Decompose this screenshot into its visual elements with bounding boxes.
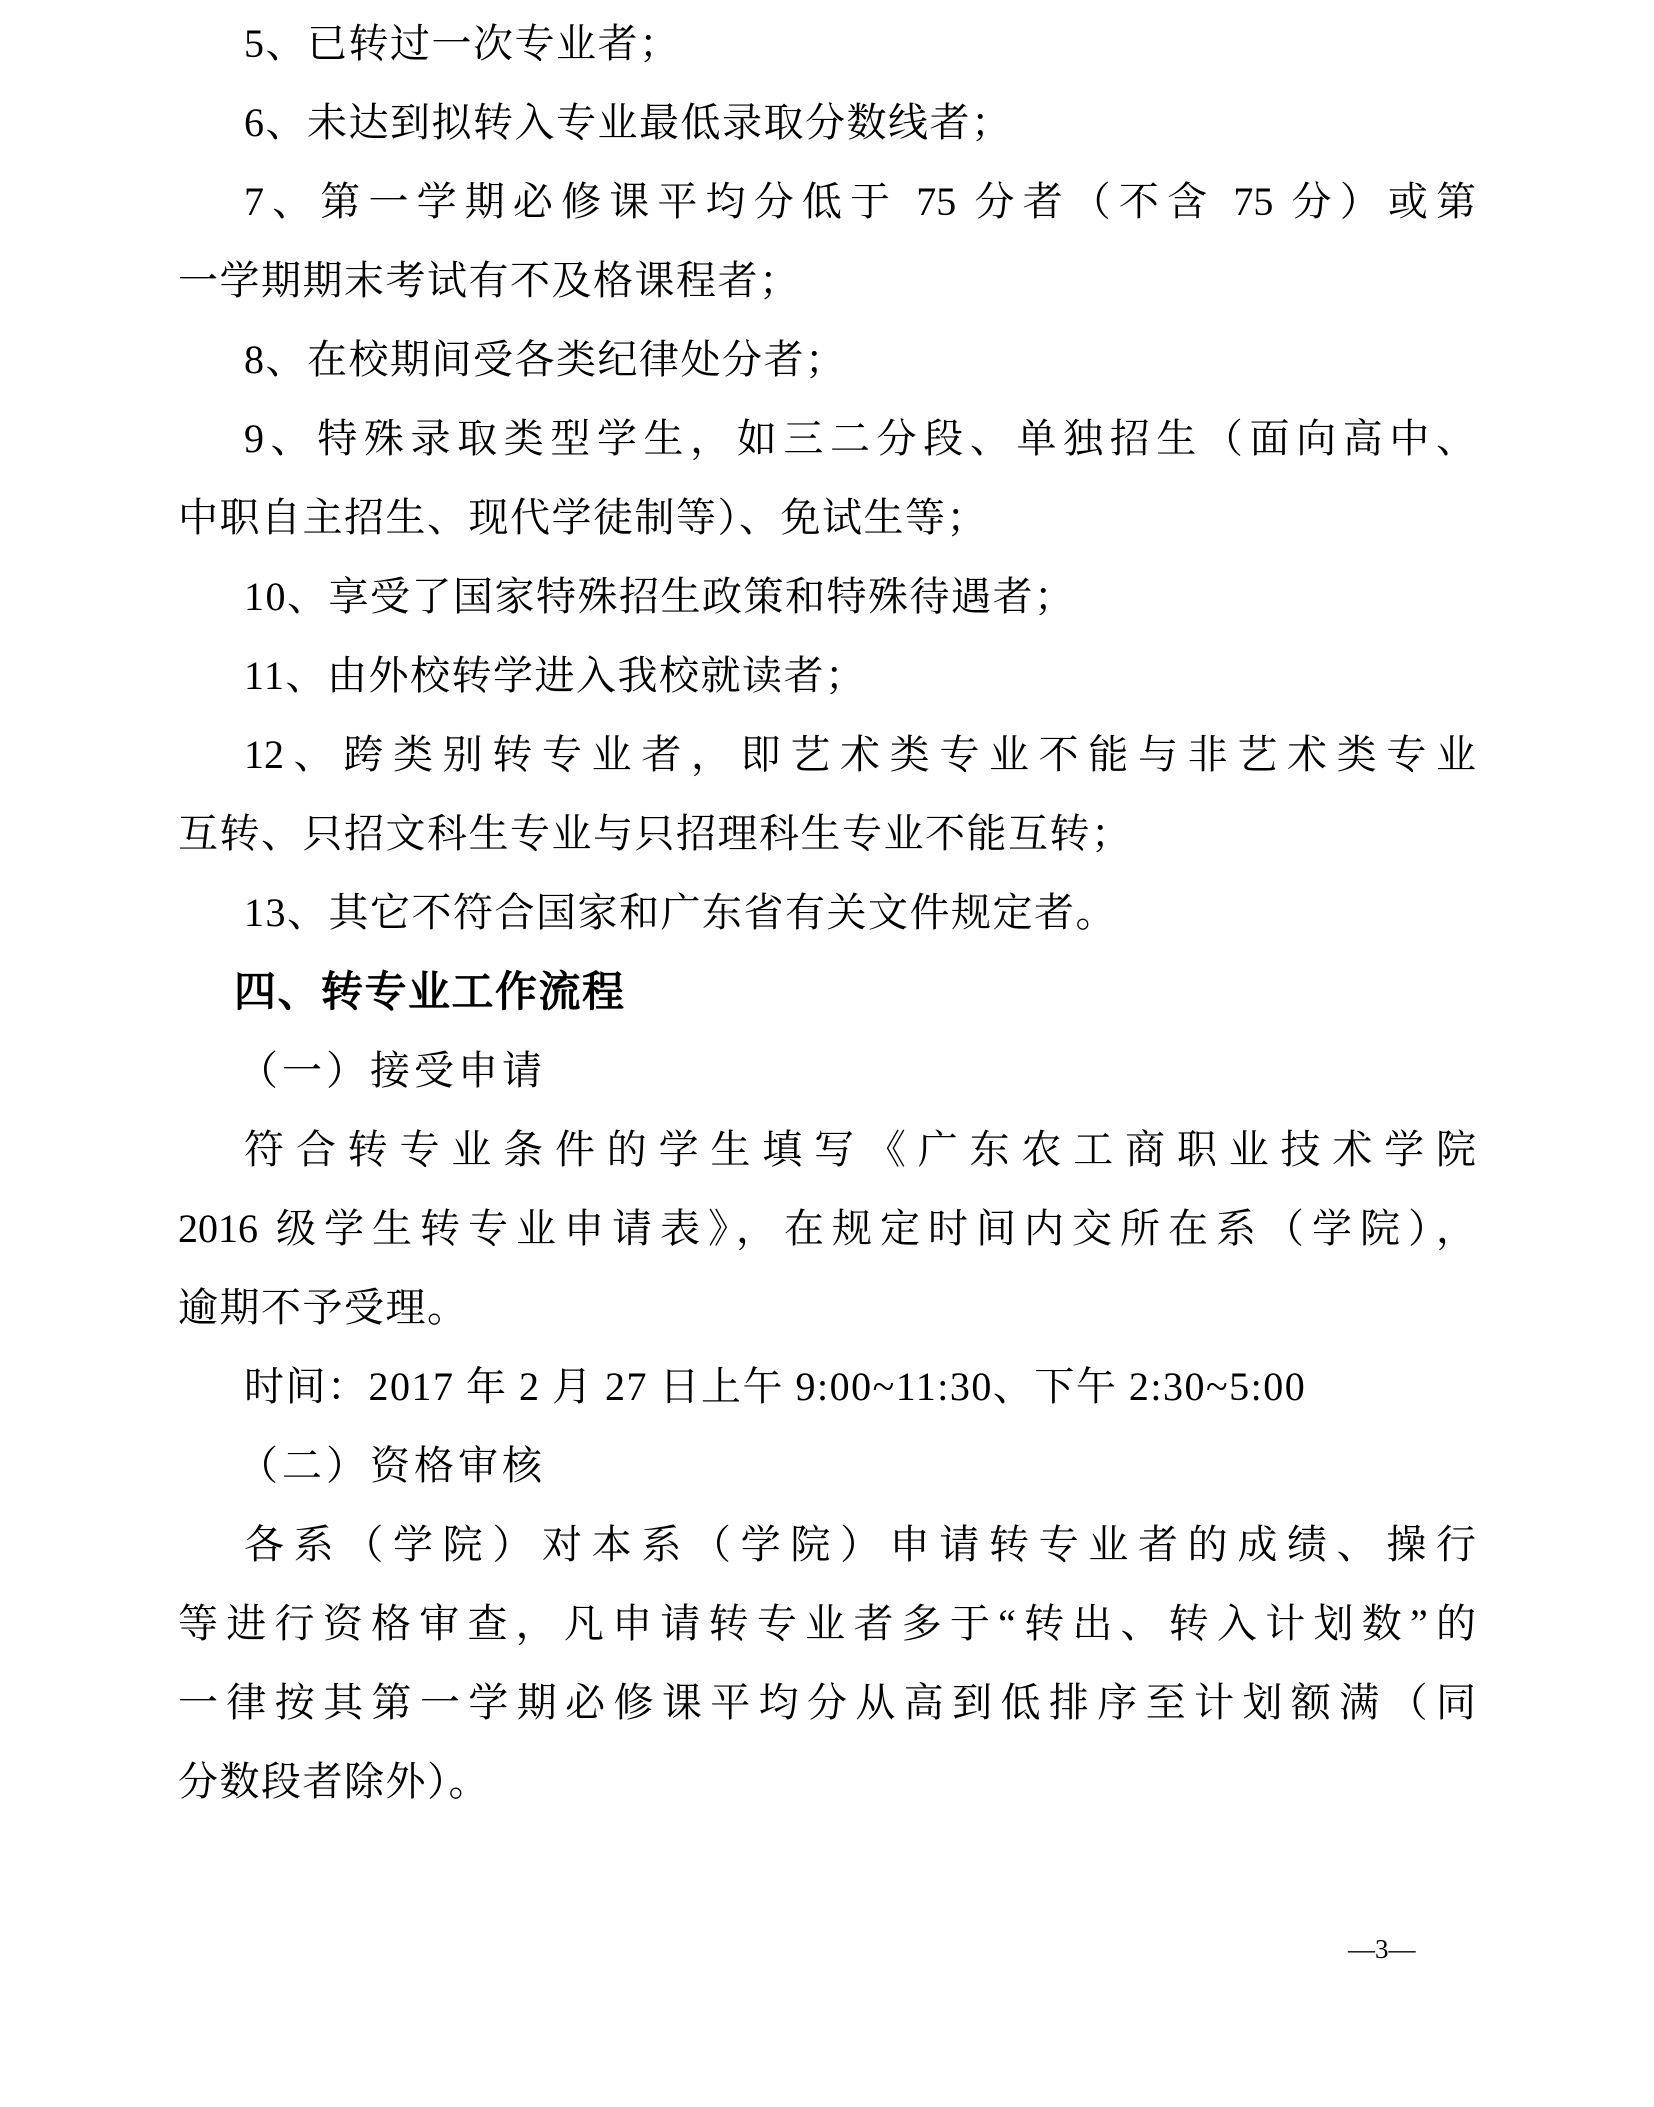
text-line-13: 四、转专业工作流程 — [178, 952, 1476, 1031]
text-line-3: 7、第一学期必修课平均分低于 75 分者（不含 75 分）或第 — [178, 162, 1476, 241]
text-line-21: 等进行资格审查，凡申请转专业者多于“转出、转入计划数”的 — [178, 1584, 1476, 1663]
text-line-19: （二）资格审核 — [178, 1426, 1476, 1505]
text-line-2: 6、未达到拟转入专业最低录取分数线者； — [178, 83, 1476, 162]
text-line-23: 分数段者除外）。 — [178, 1742, 1476, 1821]
text-line-8: 10、享受了国家特殊招生政策和特殊待遇者； — [178, 557, 1476, 636]
document-body: 5、已转过一次专业者；6、未达到拟转入专业最低录取分数线者；7、第一学期必修课平… — [178, 4, 1476, 1821]
text-line-14: （一）接受申请 — [178, 1031, 1476, 1110]
text-line-18: 时间：2017 年 2 月 27 日上午 9:00~11:30、下午 2:30~… — [178, 1347, 1476, 1426]
text-line-12: 13、其它不符合国家和广东省有关文件规定者。 — [178, 873, 1476, 952]
page-number: —3— — [1348, 1934, 1416, 1964]
text-line-1: 5、已转过一次专业者； — [178, 4, 1476, 83]
text-line-4: 一学期期末考试有不及格课程者； — [178, 241, 1476, 320]
text-line-6: 9、特殊录取类型学生，如三二分段、单独招生（面向高中、 — [178, 399, 1476, 478]
text-line-22: 一律按其第一学期必修课平均分从高到低排序至计划额满（同 — [178, 1663, 1476, 1742]
text-line-5: 8、在校期间受各类纪律处分者； — [178, 320, 1476, 399]
text-line-15: 符合转专业条件的学生填写《广东农工商职业技术学院 — [178, 1110, 1476, 1189]
text-line-9: 11、由外校转学进入我校就读者； — [178, 636, 1476, 715]
text-line-16: 2016 级学生转专业申请表》，在规定时间内交所在系（学院）， — [178, 1189, 1476, 1268]
text-line-7: 中职自主招生、现代学徒制等）、免试生等； — [178, 478, 1476, 557]
text-line-11: 互转、只招文科生专业与只招理科生专业不能互转； — [178, 794, 1476, 873]
text-line-10: 12、跨类别转专业者，即艺术类专业不能与非艺术类专业 — [178, 715, 1476, 794]
document-page: 5、已转过一次专业者；6、未达到拟转入专业最低录取分数线者；7、第一学期必修课平… — [0, 0, 1654, 2107]
text-line-20: 各系（学院）对本系（学院）申请转专业者的成绩、操行 — [178, 1505, 1476, 1584]
text-line-17: 逾期不予受理。 — [178, 1268, 1476, 1347]
